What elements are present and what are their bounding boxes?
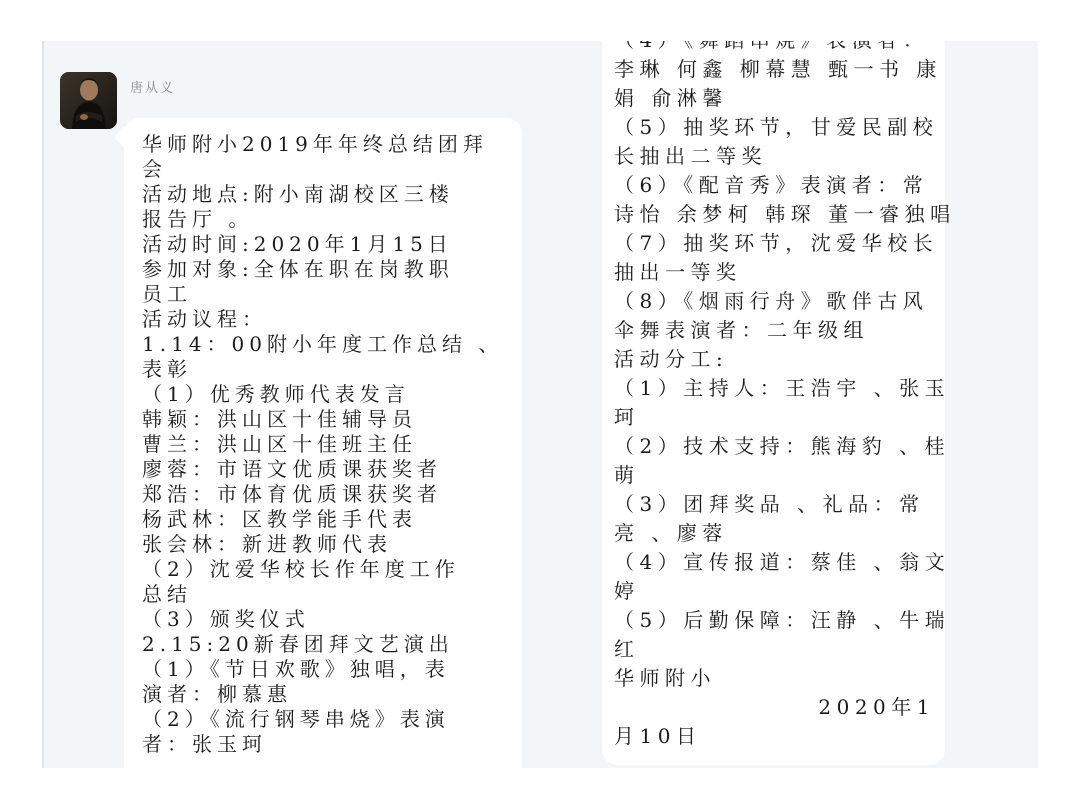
message-line: 伞舞表演者：二年级组 [614,316,935,345]
message-line: 活动议程： [142,307,504,332]
message-line: （5）抽奖环节，甘爱民副校 [614,113,935,142]
message-line: 亮 、廖蓉 [614,519,935,548]
message-line: （1）主持人：王浩宇 、张玉 [614,374,935,403]
bubble-tail [114,126,137,149]
message-line: 报告厅 。 [142,207,504,232]
message-line: （2）《流行钢琴串烧》表演 [142,707,504,732]
message-line: 娟 俞淋馨 [614,84,935,113]
message-line: 张会林：新进教师代表 [142,532,504,557]
avatar-portrait-image [60,72,117,129]
message-line: （7）抽奖环节，沈爱华校长 [614,229,935,258]
message-bubble-right[interactable]: （4）《舞蹈串烧》表演者：李琳 何鑫 柳幕慧 甄一书 康娟 俞淋馨（5）抽奖环节… [602,41,945,765]
message-line: （4）宣传报道：蔡佳 、翁文 [614,548,935,577]
message-line: （5）后勤保障：汪静 、牛瑞 [614,606,935,635]
message-line: 活动分工: [614,345,935,374]
message-line: 员工 [142,282,504,307]
message-line: 月10日 [614,722,935,751]
message-line: 华师附小2019年年终总结团拜 [142,132,504,157]
chat-screenshot: 唐从义 华师附小2019年年终总结团拜会活动地点:附小南湖校区三楼报告厅 。活动… [0,0,1080,810]
message-line: 总结 [142,582,504,607]
message-line: 参加对象:全体在职在岗教职 [142,257,504,282]
message-line: 活动时间:2020年1月15日 [142,232,504,257]
message-text-right: （4）《舞蹈串烧》表演者：李琳 何鑫 柳幕慧 甄一书 康娟 俞淋馨（5）抽奖环节… [614,41,935,751]
message-line: 萌 [614,461,935,490]
message-line: （1）优秀教师代表发言 [142,382,504,407]
message-line: 曹兰：洪山区十佳班主任 [142,432,504,457]
message-line: 会 [142,157,504,182]
message-line: 婷 [614,577,935,606]
message-line: 活动地点:附小南湖校区三楼 [142,182,504,207]
avatar[interactable] [60,72,117,129]
message-line: 诗怡 余梦柯 韩琛 董一睿独唱 [614,200,935,229]
message-line: 长抽出二等奖 [614,142,935,171]
message-line: 演者：柳慕惠 [142,682,504,707]
message-line: 表彰 [142,357,504,382]
message-line: 2.15:20新春团拜文艺演出 [142,632,504,657]
message-line: 2020年1 [614,693,935,722]
message-line: 杨武林：区教学能手代表 [142,507,504,532]
message-line: 李琳 何鑫 柳幕慧 甄一书 康 [614,55,935,84]
message-line: 郑浩：市体育优质课获奖者 [142,482,504,507]
message-line: （3）团拜奖品 、礼品：常 [614,490,935,519]
message-line: （8）《烟雨行舟》歌伴古风 [614,287,935,316]
message-line: 1.14：00附小年度工作总结 、 [142,332,504,357]
sender-name: 唐从义 [130,77,175,96]
message-line: （2）技术支持：熊海豹 、桂 [614,432,935,461]
message-line: 者：张玉珂 [142,732,504,757]
message-line: （4）《舞蹈串烧》表演者： [614,41,935,55]
message-bubble-left[interactable]: 华师附小2019年年终总结团拜会活动地点:附小南湖校区三楼报告厅 。活动时间:2… [124,118,522,768]
message-line: 廖蓉：市语文优质课获奖者 [142,457,504,482]
message-line: 韩颖：洪山区十佳辅导员 [142,407,504,432]
message-line: （2）沈爱华校长作年度工作 [142,557,504,582]
chat-message-panel: 唐从义 华师附小2019年年终总结团拜会活动地点:附小南湖校区三楼报告厅 。活动… [42,41,1038,768]
message-line: （3）颁奖仪式 [142,607,504,632]
message-line: 华师附小 [614,664,935,693]
message-line: （6）《配音秀》表演者：常 [614,171,935,200]
message-line: （1）《节日欢歌》独唱，表 [142,657,504,682]
message-line: 抽出一等奖 [614,258,935,287]
message-line: 珂 [614,403,935,432]
message-line: 红 [614,635,935,664]
message-text-left: 华师附小2019年年终总结团拜会活动地点:附小南湖校区三楼报告厅 。活动时间:2… [142,132,504,757]
